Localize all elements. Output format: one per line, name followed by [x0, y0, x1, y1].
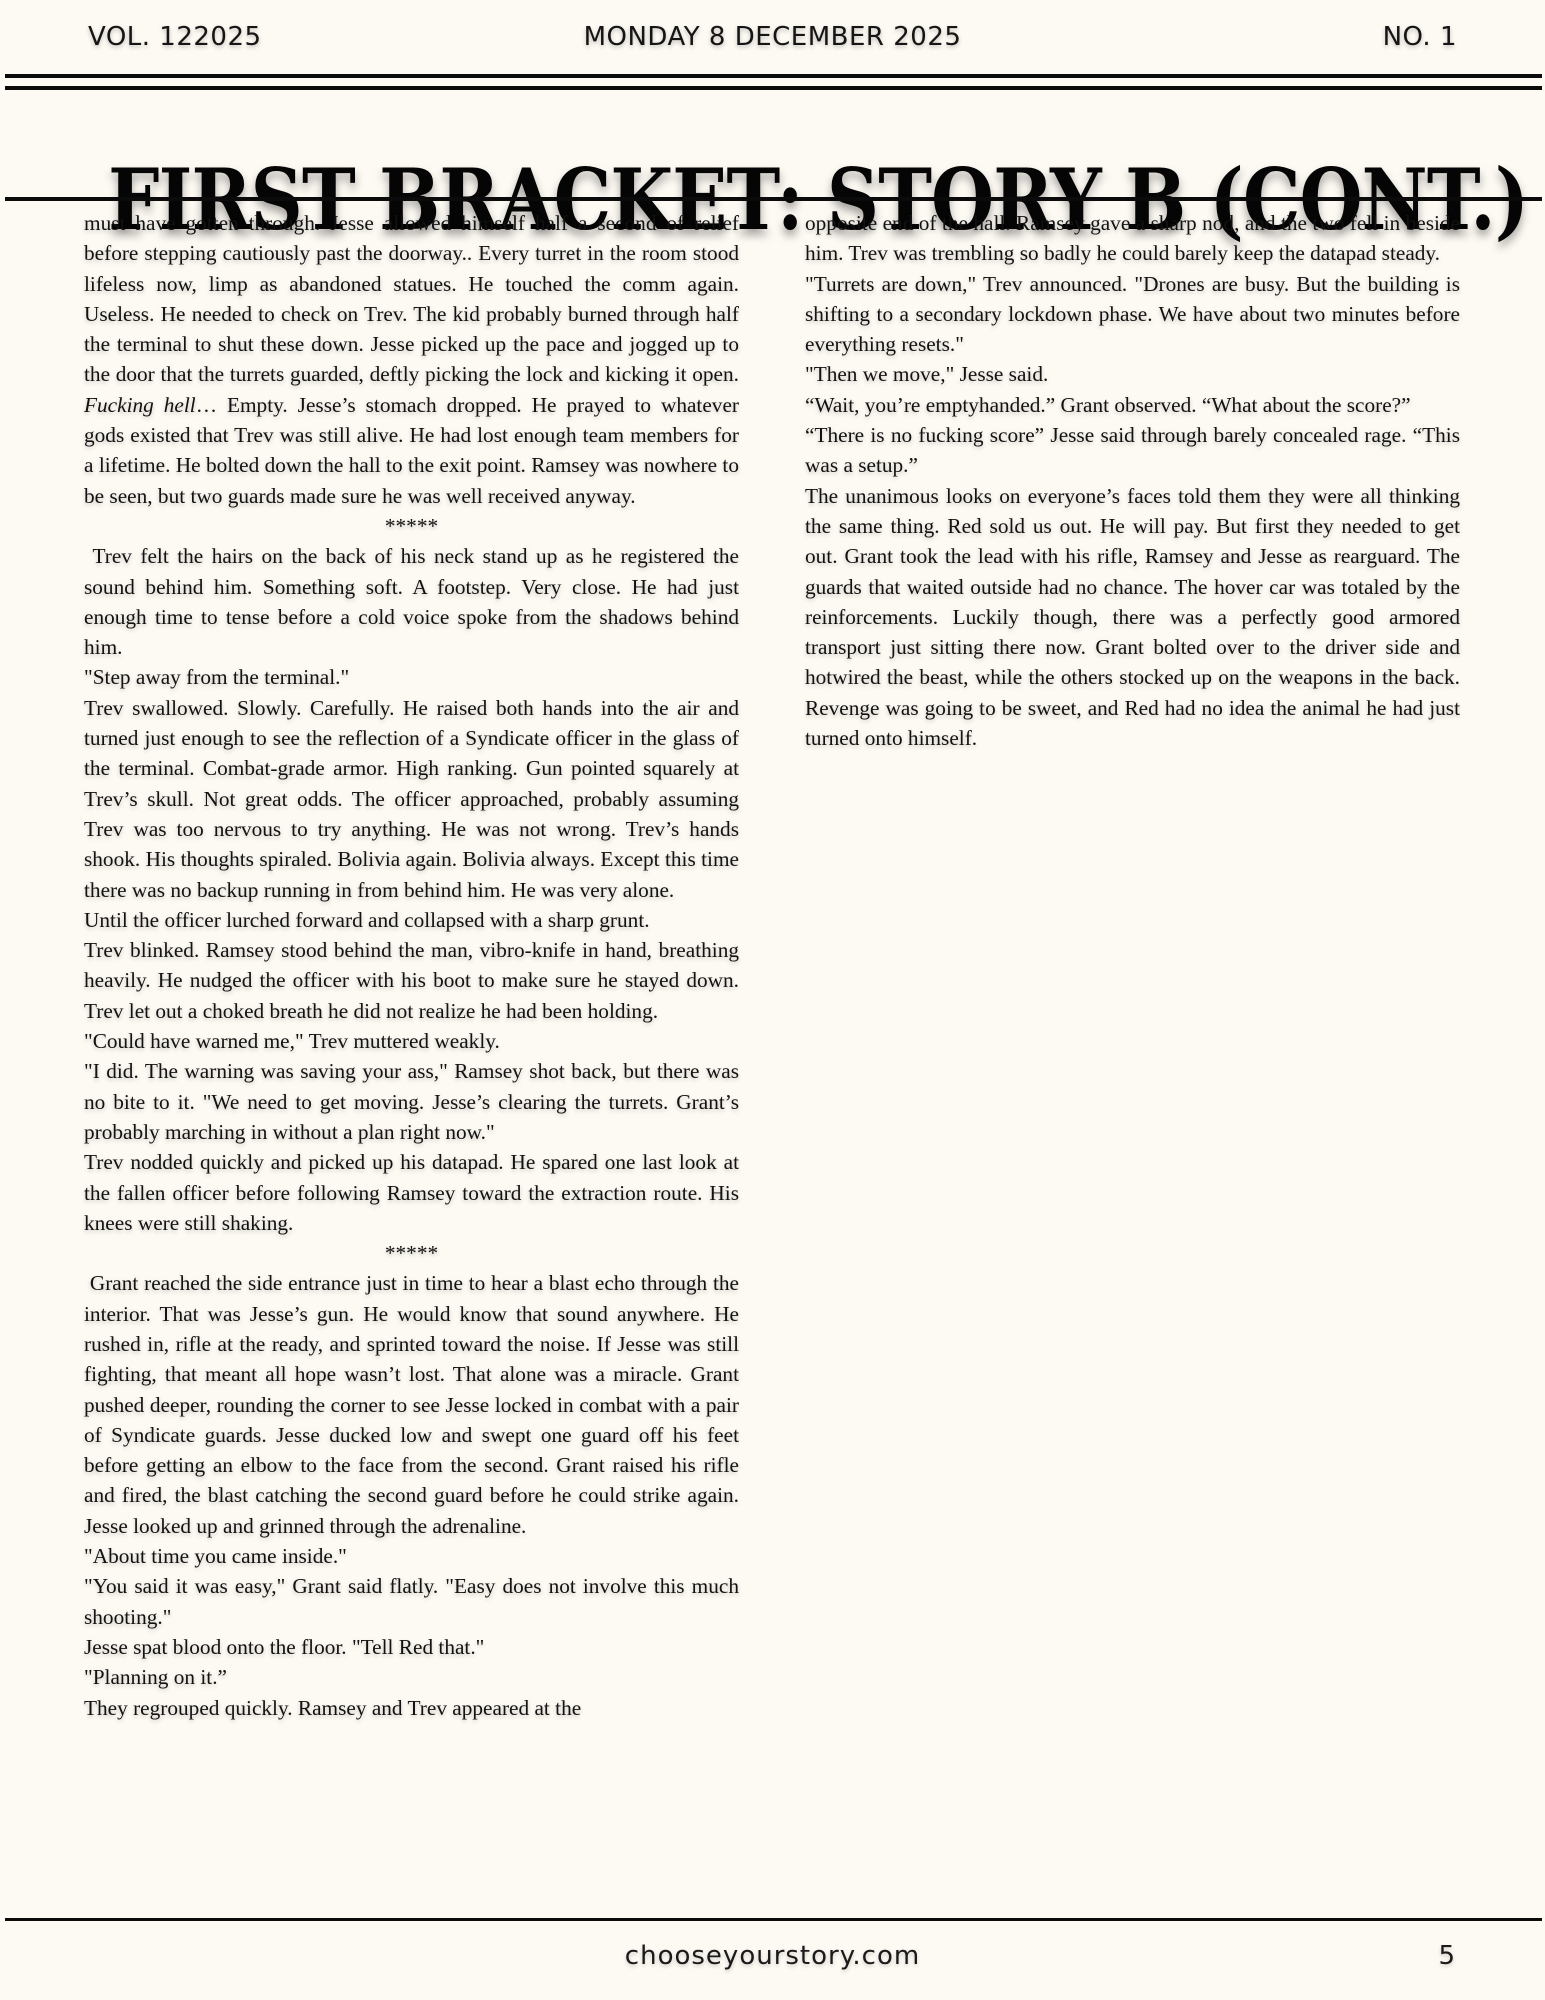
headline-rule-bottom — [5, 197, 1542, 201]
issue-date: MONDAY 8 DECEMBER 2025 — [0, 22, 1545, 52]
article-column-right: opposite end of the hall. Ramsey gave a … — [805, 208, 1460, 753]
scene-separator: ***** — [84, 1238, 739, 1268]
paragraph: "Step away from the terminal." — [84, 662, 739, 692]
paragraph: They regrouped quickly. Ramsey and Trev … — [84, 1693, 739, 1723]
paragraph: "Turrets are down," Trev announced. "Dro… — [805, 269, 1460, 360]
masthead-rule-second — [5, 86, 1542, 90]
paragraph: Jesse spat blood onto the floor. "Tell R… — [84, 1632, 739, 1662]
paragraph: Trev blinked. Ramsey stood behind the ma… — [84, 935, 739, 1026]
paragraph: "About time you came inside." — [84, 1541, 739, 1571]
article-column-left: must have gotten through. Jesse allowed … — [84, 208, 739, 1723]
footer-website-link[interactable]: chooseyourstory.com — [0, 1941, 1545, 1971]
paragraph: "Planning on it.” — [84, 1662, 739, 1692]
emphasis-text: Fucking hell — [84, 393, 196, 417]
paragraph: opposite end of the hall. Ramsey gave a … — [805, 208, 1460, 269]
paragraph: Grant reached the side entrance just in … — [84, 1268, 739, 1541]
paragraph: must have gotten through. Jesse allowed … — [84, 208, 739, 511]
paragraph: "You said it was easy," Grant said flatl… — [84, 1571, 739, 1632]
paragraph: Trev swallowed. Slowly. Carefully. He ra… — [84, 693, 739, 905]
paragraph: Trev nodded quickly and picked up his da… — [84, 1147, 739, 1238]
paragraph: Until the officer lurched forward and co… — [84, 905, 739, 935]
paragraph: “Wait, you’re emptyhanded.” Grant observ… — [805, 390, 1460, 420]
masthead-meta-bar: VOL. 122025 MONDAY 8 DECEMBER 2025 NO. 1 — [0, 22, 1545, 58]
paragraph-text: must have gotten through. Jesse allowed … — [84, 211, 739, 386]
paragraph: “There is no fucking score” Jesse said t… — [805, 420, 1460, 481]
paragraph: "Could have warned me," Trev muttered we… — [84, 1026, 739, 1056]
paragraph: The unanimous looks on everyone’s faces … — [805, 481, 1460, 754]
scene-separator: ***** — [84, 511, 739, 541]
masthead-rule-top — [5, 74, 1542, 78]
issue-number: NO. 1 — [1383, 22, 1457, 52]
paragraph: Trev felt the hairs on the back of his n… — [84, 541, 739, 662]
page-number: 5 — [1438, 1941, 1455, 1971]
paragraph: "I did. The warning was saving your ass,… — [84, 1056, 739, 1147]
paragraph: "Then we move," Jesse said. — [805, 359, 1460, 389]
footer-rule — [5, 1918, 1542, 1921]
